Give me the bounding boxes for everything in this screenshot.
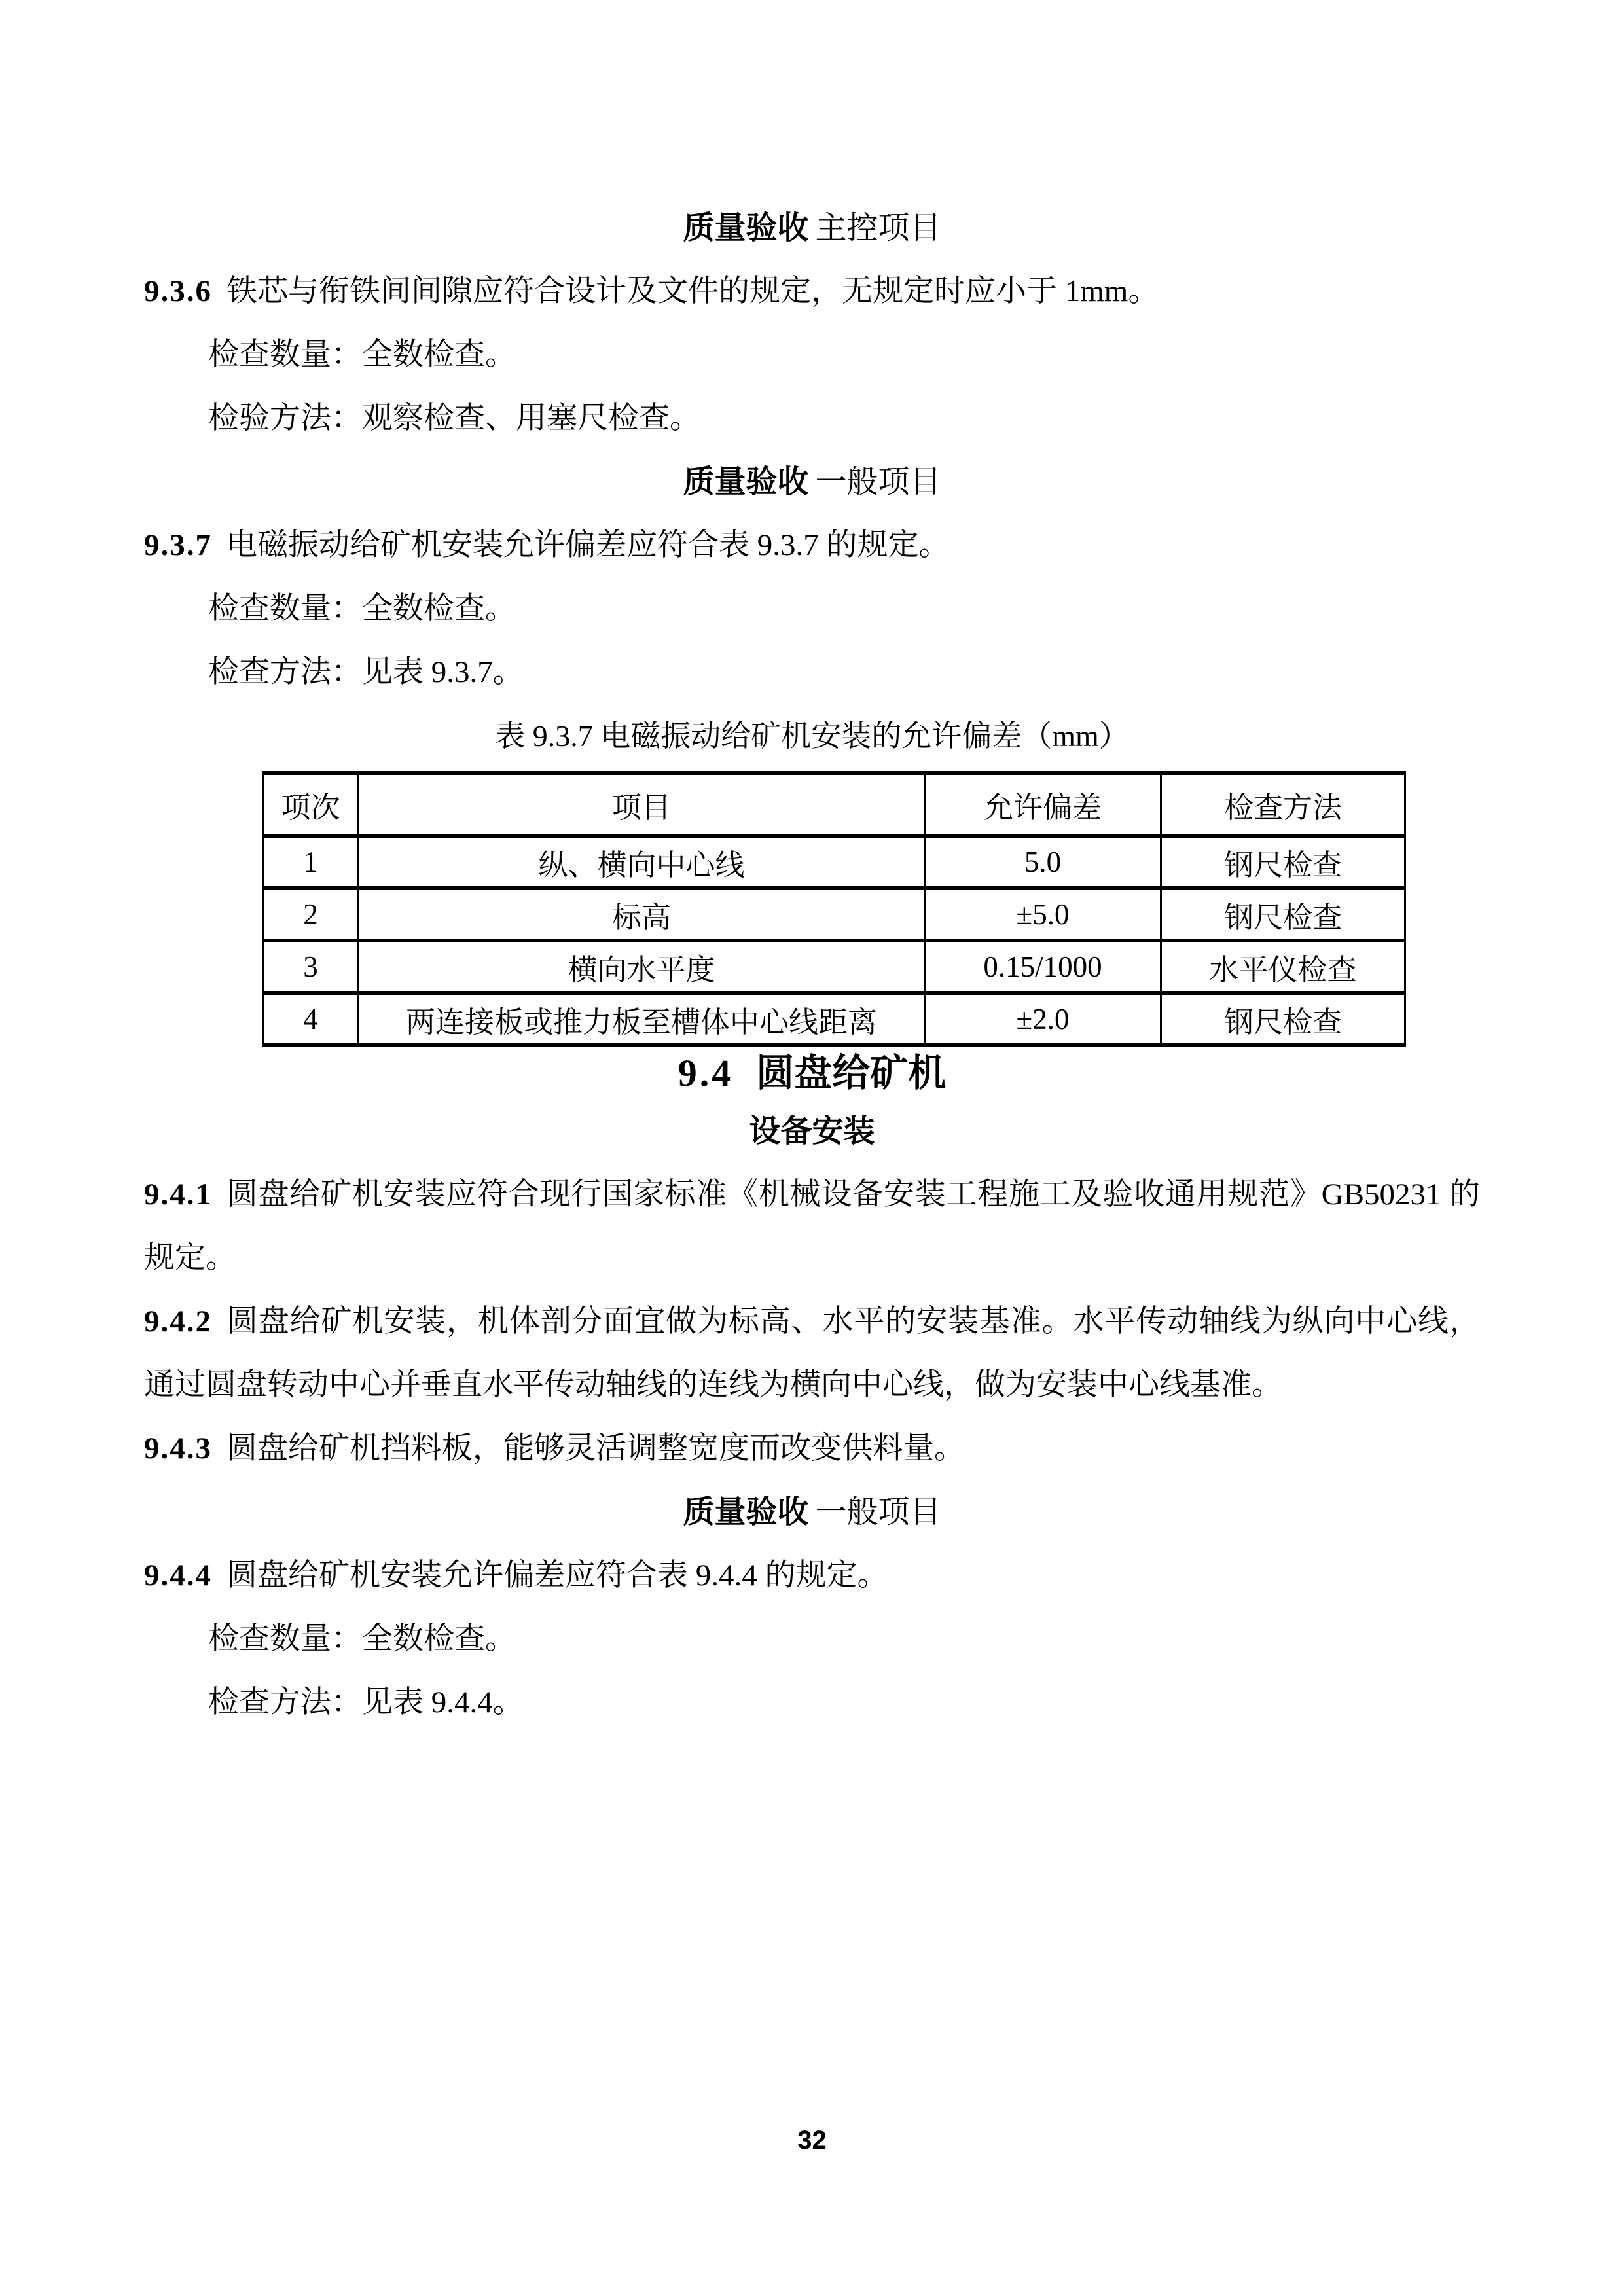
cell-item: 纵、横向中心线 bbox=[359, 836, 925, 888]
paragraph-9-3-7-check-quantity: 检查数量：全数检查。 bbox=[144, 577, 1480, 641]
paragraph-9-3-6-check-quantity: 检查数量：全数检查。 bbox=[144, 323, 1480, 387]
page-number: 32 bbox=[0, 2124, 1624, 2157]
paragraph-9-4-3: 9.4.3圆盘给矿机挡料板，能够灵活调整宽度而改变供料量。 bbox=[144, 1417, 1480, 1480]
heading-section-9-4: 9.4圆盘给矿机 bbox=[144, 1047, 1480, 1100]
clause-number-9-4-1: 9.4.1 bbox=[144, 1177, 212, 1211]
cell-item: 两连接板或推力板至槽体中心线距离 bbox=[359, 993, 925, 1045]
table-header-row: 项次 项目 允许偏差 检查方法 bbox=[263, 773, 1405, 836]
tolerance-table-9-3-7: 项次 项目 允许偏差 检查方法 1 纵、横向中心线 5.0 钢尺检查 2 标高 … bbox=[262, 771, 1406, 1047]
cell-tolerance: ±5.0 bbox=[925, 888, 1161, 941]
table-row: 4 两连接板或推力板至槽体中心线距离 ±2.0 钢尺检查 bbox=[263, 993, 1405, 1045]
cell-item-no: 4 bbox=[263, 993, 359, 1045]
clause-number-9-4-3: 9.4.3 bbox=[144, 1431, 212, 1465]
cell-item: 标高 bbox=[359, 888, 925, 941]
cell-item-no: 3 bbox=[263, 941, 359, 993]
heading-quality-general-2-rest: 一般项目 bbox=[816, 1495, 941, 1530]
table-row: 1 纵、横向中心线 5.0 钢尺检查 bbox=[263, 836, 1405, 888]
cell-item-no: 2 bbox=[263, 888, 359, 941]
paragraph-9-4-4-check-quantity: 检查数量：全数检查。 bbox=[144, 1607, 1480, 1671]
paragraph-9-4-1: 9.4.1圆盘给矿机安装应符合现行国家标准《机械设备安装工程施工及验收通用规范》… bbox=[144, 1163, 1480, 1290]
heading-quality-main-bold: 质量验收 bbox=[683, 211, 808, 245]
clause-text-9-3-7: 电磁振动给矿机安装允许偏差应符合表 9.3.7 的规定。 bbox=[226, 528, 950, 562]
paragraph-9-3-7-check-method: 检查方法：见表 9.3.7。 bbox=[144, 641, 1480, 704]
clause-number-9-3-6: 9.3.6 bbox=[144, 274, 212, 308]
clause-text-9-4-4: 圆盘给矿机安装允许偏差应符合表 9.4.4 的规定。 bbox=[226, 1558, 888, 1592]
heading-equipment-installation: 设备安装 bbox=[144, 1100, 1480, 1163]
paragraph-9-3-6: 9.3.6铁芯与衔铁间间隙应符合设计及文件的规定，无规定时应小于 1mm。 bbox=[144, 260, 1480, 323]
document-page: 质量验收主控项目 9.3.6铁芯与衔铁间间隙应符合设计及文件的规定，无规定时应小… bbox=[0, 0, 1624, 2296]
heading-quality-general-2-bold: 质量验收 bbox=[683, 1495, 808, 1530]
heading-quality-acceptance-general-1: 质量验收一般项目 bbox=[144, 450, 1480, 514]
heading-quality-acceptance-main: 质量验收主控项目 bbox=[144, 196, 1480, 260]
heading-quality-general-1-rest: 一般项目 bbox=[816, 465, 941, 499]
clause-number-9-4-4: 9.4.4 bbox=[144, 1558, 212, 1592]
cell-item-no: 1 bbox=[263, 836, 359, 888]
heading-quality-acceptance-general-2: 质量验收一般项目 bbox=[144, 1480, 1480, 1544]
clause-number-9-4-2: 9.4.2 bbox=[144, 1304, 212, 1338]
cell-check-method: 钢尺检查 bbox=[1161, 836, 1405, 888]
clause-number-9-3-7: 9.3.7 bbox=[144, 528, 212, 562]
cell-check-method: 钢尺检查 bbox=[1161, 993, 1405, 1045]
heading-equipment-installation-text: 设备安装 bbox=[749, 1114, 875, 1149]
cell-tolerance: 5.0 bbox=[925, 836, 1161, 888]
paragraph-9-4-4: 9.4.4圆盘给矿机安装允许偏差应符合表 9.4.4 的规定。 bbox=[144, 1544, 1480, 1607]
table-header-tolerance: 允许偏差 bbox=[925, 773, 1161, 836]
table-header-item-no: 项次 bbox=[263, 773, 359, 836]
cell-item: 横向水平度 bbox=[359, 941, 925, 993]
cell-tolerance: ±2.0 bbox=[925, 993, 1161, 1045]
paragraph-9-4-4-check-method: 检查方法：见表 9.4.4。 bbox=[144, 1671, 1480, 1734]
table-row: 3 横向水平度 0.15/1000 水平仪检查 bbox=[263, 941, 1405, 993]
table-row: 2 标高 ±5.0 钢尺检查 bbox=[263, 888, 1405, 941]
clause-text-9-4-3: 圆盘给矿机挡料板，能够灵活调整宽度而改变供料量。 bbox=[226, 1431, 965, 1465]
heading-quality-main-rest: 主控项目 bbox=[816, 211, 941, 245]
clause-text-9-4-2: 圆盘给矿机安装，机体剖分面宜做为标高、水平的安装基准。水平传动轴线为纵向中心线，… bbox=[144, 1304, 1480, 1402]
paragraph-9-4-2: 9.4.2圆盘给矿机安装，机体剖分面宜做为标高、水平的安装基准。水平传动轴线为纵… bbox=[144, 1290, 1480, 1417]
clause-text-9-4-1: 圆盘给矿机安装应符合现行国家标准《机械设备安装工程施工及验收通用规范》GB502… bbox=[144, 1177, 1480, 1275]
section-title-9-4: 圆盘给矿机 bbox=[756, 1052, 946, 1094]
paragraph-9-3-7: 9.3.7电磁振动给矿机安装允许偏差应符合表 9.3.7 的规定。 bbox=[144, 514, 1480, 577]
cell-check-method: 水平仪检查 bbox=[1161, 941, 1405, 993]
table-header-check-method: 检查方法 bbox=[1161, 773, 1405, 836]
cell-tolerance: 0.15/1000 bbox=[925, 941, 1161, 993]
cell-check-method: 钢尺检查 bbox=[1161, 888, 1405, 941]
table-header-item: 项目 bbox=[359, 773, 925, 836]
table-caption-9-3-7: 表 9.3.7 电磁振动给矿机安装的允许偏差（mm） bbox=[144, 704, 1480, 768]
paragraph-9-3-6-check-method: 检验方法：观察检查、用塞尺检查。 bbox=[144, 387, 1480, 450]
clause-text-9-3-6: 铁芯与衔铁间间隙应符合设计及文件的规定，无规定时应小于 1mm。 bbox=[226, 274, 1159, 308]
heading-quality-general-1-bold: 质量验收 bbox=[683, 465, 808, 499]
section-number-9-4: 9.4 bbox=[678, 1052, 734, 1094]
